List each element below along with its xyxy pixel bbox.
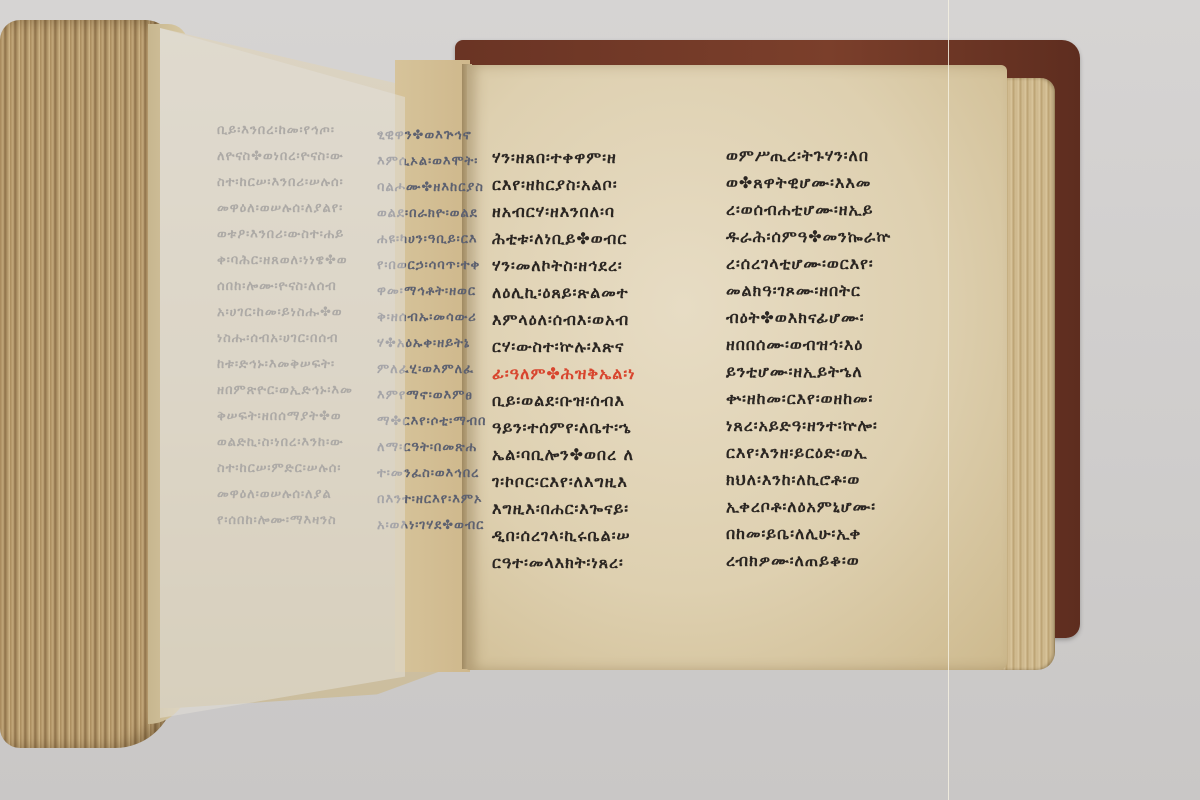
text-line: እምላዕለ፡ሰብእ፡ወአብ [492,306,635,333]
right-page-column-2: ወምሥጢረ፡ትጉሃን፡ለበ ወ✤ጸዋትዊሆሙ፡እእመ ረ፡ወሰብሐቲሆሙ፡ዘኢይ… [726,142,891,574]
stray-thread [948,0,949,800]
right-page-column-1: ሃን፡ዘጸበ፡ተቀዋም፡ዘ ርእየ፡ዘከርያስ፡አልቦ፡ ዘአብርሃ፡ዘእንበለ… [492,144,635,576]
text-line: ገ፡ኮቦር፡ርእየ፡ለእግዚእ [492,468,635,495]
text-line: ዓይን፡ተሰምየ፡ለቤተ፡ኄ [492,414,635,441]
text-line: ዱራሕ፡ሰምዓ✤መንኰራኵ [726,223,891,250]
text-line-rubric: ፊ፡ዓለም✤ሕዝቅኤል፡ነ [492,360,635,387]
text-line: ይንቲሆሙ፡ዘኢይትኄለ [726,358,891,385]
text-line: ዘበበሰሙ፡ወብዝኅ፡እዕ [726,331,891,358]
text-line: ዘአብርሃ፡ዘእንበለ፡ባ [492,198,635,225]
text-line: ዲበ፡ሰረገላ፡ኪሩቤል፡ሠ [492,522,635,549]
text-line: ረ፡ሰረገላቲሆሙ፡ወርእየ፡ [726,250,891,277]
text-line: ቍ፡ዘከመ፡ርእየ፡ወዘከመ፡ [726,385,891,412]
text-line: ሃን፡መለኮትስ፡ዘኅደረ፡ [492,252,635,279]
text-line: ሕቲቱ፡ለነቢይ✤ወብር [492,225,635,252]
text-line: ኤል፡ባቢሎን✤ወበረ ለ [492,441,635,468]
text-line: ረ፡ወሰብሐቲሆሙ፡ዘኢይ [726,196,891,223]
text-line: ክህለ፡እንከ፡ለኪሮቶ፡ወ [726,466,891,493]
text-line: ርእየ፡ዘከርያስ፡አልቦ፡ [492,171,635,198]
text-line: ነጸረ፡አይድዓ፡ዘንተ፡ኵሎ፡ [726,412,891,439]
text-line: ርሃ፡ውስተ፡ኵሉ፡እጽና [492,333,635,360]
protective-tissue-overlay [160,28,405,718]
text-line: መልክዓ፡ገጾሙ፡ዘበትር [726,277,891,304]
text-line: ለዕሊኪ፡ዕጸይ፡ጽልመተ [492,279,635,306]
text-line: ቢይ፡ወልደ፡ቡዝ፡ሰብእ [492,387,635,414]
text-line: እግዚእ፡በሐር፡እጐናይ፡ [492,495,635,522]
text-line: ርዓተ፡መላእክት፡ነጸረ፡ [492,549,635,576]
text-line: ረብክዎሙ፡ለጠይቆ፡ወ [726,547,891,574]
text-line: ርእየ፡እንዘ፡ይርዕድ፡ወኢ [726,439,891,466]
text-line: ወምሥጢረ፡ትጉሃን፡ለበ [726,142,891,169]
text-line: ኢቀረቦቶ፡ለዕአምኒሆሙ፡ [726,493,891,520]
manuscript-photo: ቢይ፡እንበረ፡ከመ፡የኅጦ፡ ለዮናስ✤ወነበረ፡ዮናስ፡ው ስተ፡ከርሠ፡እ… [0,0,1200,800]
text-line: ብዕት✤ወእክናፊሆሙ፡ [726,304,891,331]
text-line: ሃን፡ዘጸበ፡ተቀዋም፡ዘ [492,144,635,171]
text-line: በከመ፡ይቤ፡ለሊሁ፡ኢቀ [726,520,891,547]
text-line: ወ✤ጸዋትዊሆሙ፡እእመ [726,169,891,196]
